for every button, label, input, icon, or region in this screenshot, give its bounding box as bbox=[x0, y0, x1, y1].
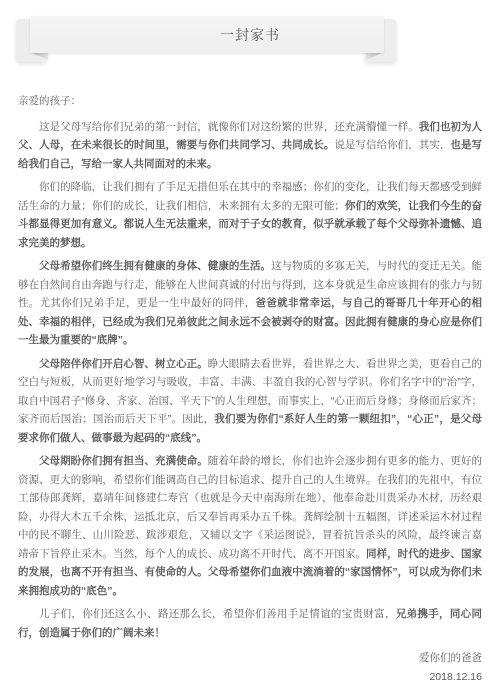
signature-name: 爱你们的爸爸 bbox=[18, 649, 482, 668]
signature-block: 爱你们的爸爸 2018.12.16 bbox=[18, 649, 482, 686]
paragraphs: 这是父母写给你们兄弟的第一封信，就像你们对这纷繁的世界，还充满懵懂一样。我们也初… bbox=[18, 118, 482, 643]
body-text: 儿子们，你们还这么小、路还那么长，希望你们善用手足情谊的宝贵财富， bbox=[39, 608, 396, 620]
title-banner: 一封家书 bbox=[0, 6, 500, 66]
letter-paragraph: 你们的降临，让我们拥有了手足无措但乐在其中的幸福感；你们的变化，让我们每天都感受… bbox=[18, 178, 482, 252]
emphasized-text: 父母期盼你们拥有担当、充满使命。 bbox=[39, 455, 208, 467]
page-title: 一封家书 bbox=[134, 25, 280, 45]
salutation: 亲爱的孩子： bbox=[18, 92, 482, 111]
letter-paragraph: 这是父母写给你们兄弟的第一封信，就像你们对这纷繁的世界，还充满懵懂一样。我们也初… bbox=[18, 118, 482, 174]
letter-body: 亲爱的孩子： 这是父母写给你们兄弟的第一封信，就像你们对这纷繁的世界，还充满懵懂… bbox=[0, 92, 500, 686]
letter-paragraph: 父母希望你们终生拥有健康的身体、健康的生活。这与物质的多寡无关，与时代的变迁无关… bbox=[18, 257, 482, 350]
letter-paragraph: 父母陪伴你们开启心智、树立心正。睁大眼睛去看世界，看世界之大、看世界之美，更看自… bbox=[18, 355, 482, 448]
emphasized-text: 父母希望你们终生拥有健康的身体、健康的生活。 bbox=[39, 260, 271, 272]
letter-paragraph: 儿子们，你们还这么小、路还那么长，希望你们善用手足情谊的宝贵财富，兄弟携手，同心… bbox=[18, 605, 482, 642]
letter-page: 一封家书 亲爱的孩子： 这是父母写给你们兄弟的第一封信，就像你们对这纷繁的世界，… bbox=[0, 6, 500, 686]
body-text: 这是父母写给你们兄弟的第一封信，就像你们对这纷繁的世界，还充满懵懂一样。 bbox=[39, 121, 419, 133]
signature-date: 2018.12.16 bbox=[18, 668, 482, 686]
body-text: 随着年龄的增长，你们也许会逐步拥有更多的能力、更好的资源、更大的影响，希望你们能… bbox=[18, 455, 482, 560]
emphasized-text: 父母陪伴你们开启心智、树立心正。 bbox=[39, 358, 208, 370]
banner-band: 一封家书 bbox=[30, 16, 384, 53]
body-text: 说是写信给你们，其实， bbox=[334, 139, 450, 151]
letter-paragraph: 父母期盼你们拥有担当、充满使命。随着年龄的增长，你们也许会逐步拥有更多的能力、更… bbox=[18, 452, 482, 600]
